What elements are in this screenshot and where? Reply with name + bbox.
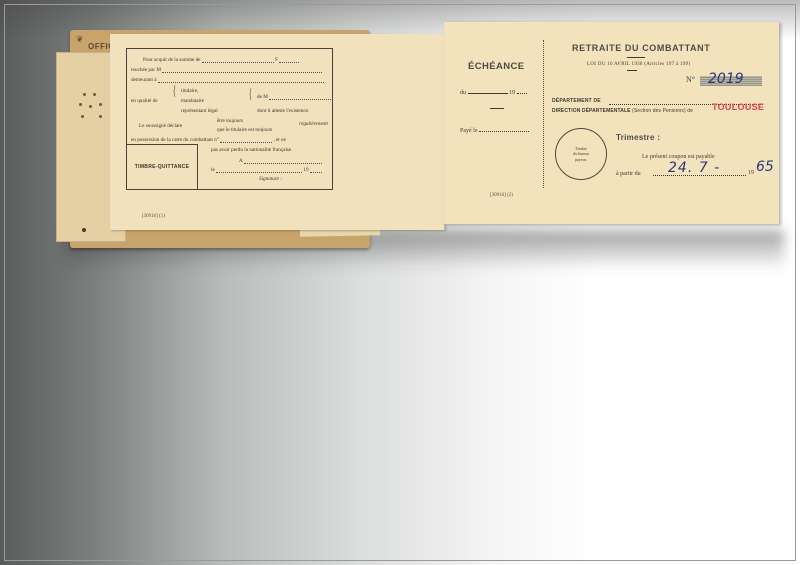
option-titulaire: titulaire, bbox=[181, 89, 198, 94]
right-reference: [30916] (2) bbox=[490, 193, 513, 198]
left-reference: [30916] (1) bbox=[142, 214, 165, 219]
handwritten-year: 65 bbox=[756, 159, 774, 175]
en-qualite-label: en qualité de bbox=[131, 99, 158, 104]
departement-label: DÉPARTEMENT DE bbox=[552, 98, 601, 104]
coupon-title: RETRAITE DU COMBATTANT bbox=[572, 43, 710, 53]
touchee-par-label: touchée par M bbox=[131, 67, 161, 73]
receipt-box: Pour acquit de la somme de F touchée par… bbox=[126, 48, 333, 190]
option-representant: représentant légal bbox=[181, 109, 218, 114]
ornament-icon: ❦ bbox=[76, 34, 84, 45]
nationalite-label: pas avoir perdu la nationalité française… bbox=[211, 148, 293, 153]
option-etre-toujours: être toujours bbox=[217, 119, 243, 124]
divider bbox=[490, 108, 504, 109]
perforation-hole bbox=[82, 228, 86, 232]
perforation-line bbox=[543, 40, 544, 188]
direction-label: DIRECTION DÉPARTEMENTALE (Section des Pe… bbox=[552, 108, 693, 114]
a-partir-du-label: à partir du bbox=[616, 171, 641, 177]
et-ne-label: , et ne bbox=[273, 137, 286, 143]
dont-atteste-label: dont il atteste l'existence. bbox=[257, 109, 309, 114]
de-m-label: de M bbox=[257, 94, 268, 100]
signature-label: Signature : bbox=[259, 177, 282, 182]
soussigne-label: Le soussigné déclare bbox=[139, 124, 182, 129]
echeance-title: ÉCHÉANCE bbox=[468, 61, 525, 72]
timbre-quittance-label: TIMBRE-QUITTANCE bbox=[135, 165, 189, 170]
timbre-quittance-cell: TIMBRE-QUITTANCE bbox=[127, 144, 198, 190]
numero-value: 2019 bbox=[708, 71, 744, 87]
possession-label: en possession de la carte du combattant … bbox=[131, 137, 219, 143]
currency-label: F bbox=[275, 57, 278, 63]
perforation-holes bbox=[79, 93, 109, 133]
demeurant-label: demeurant à bbox=[131, 77, 157, 83]
option-mandataire: mandataire bbox=[181, 99, 204, 104]
law-rule bbox=[627, 70, 637, 71]
year-prefix: 19 bbox=[748, 170, 754, 176]
right-coupon-page: ÉCHÉANCE du 19 Payé le [30916] (2) RETRA… bbox=[444, 22, 779, 224]
trimestre-label: Trimestre : bbox=[616, 133, 660, 142]
city-stamp: TOULOUSE bbox=[712, 102, 764, 112]
numero-label: N° bbox=[686, 75, 695, 84]
pour-acquit-label: Pour acquit de la somme de bbox=[143, 57, 200, 63]
law-reference: LOI DU 16 AVRIL 1930 (Articles 197 à 199… bbox=[587, 62, 690, 67]
title-rule bbox=[627, 57, 645, 58]
a-label: A bbox=[239, 158, 242, 164]
handwritten-date: 24. 7 - bbox=[668, 160, 720, 176]
regulierement-label: régulièrement bbox=[299, 122, 328, 127]
echeance-du-field: du 19 bbox=[460, 90, 527, 96]
option-titulaire-toujours: que le titulaire est toujours bbox=[217, 128, 272, 133]
le-label: le bbox=[211, 167, 215, 173]
left-coupon-page: Pour acquit de la somme de F touchée par… bbox=[110, 34, 445, 230]
year-prefix: 19 bbox=[303, 167, 308, 173]
timbre-bureau-circle: Timbre du bureau payeur. bbox=[555, 128, 607, 180]
paye-le-field: Payé le bbox=[460, 128, 529, 134]
